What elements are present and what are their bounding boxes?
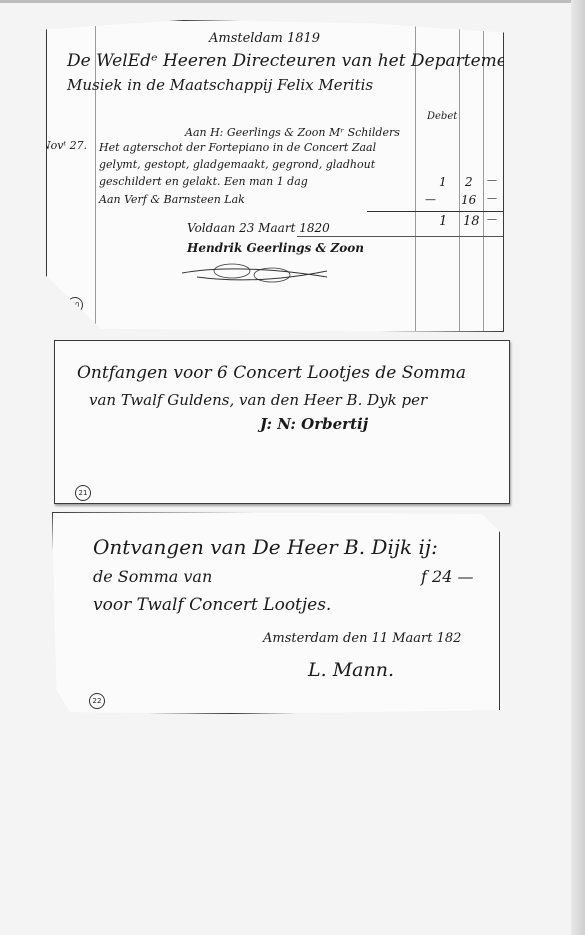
slip-number-badge: 22 [89, 693, 105, 709]
receipt-slip-20: Amsteldam 1819 De WelEdᵉ Heeren Directeu… [46, 20, 504, 332]
addressee-line-2: Musiek in de Maatschappij Felix Meritis [67, 76, 373, 94]
total-guilders: 1 [439, 214, 447, 229]
body-line-4: Aan Verf & Barnsteen Lak [99, 193, 245, 206]
signature: J: N: Orbertij [260, 415, 368, 433]
scan-top-border [0, 0, 585, 3]
body-line-3: geschildert en gelakt. Een man 1 dag [99, 175, 308, 188]
debet-label: Debet [427, 111, 457, 122]
receipt-line-3: voor Twalf Concert Lootjes. [93, 595, 331, 615]
creditor-line: Aan H: Geerlings & Zoon Mʳ Schilders [185, 126, 400, 139]
amount-1-guilders: 1 [439, 175, 447, 189]
receipt-line-1: Ontvangen van De Heer B. Dijk ij: [93, 535, 438, 559]
amount-2-stuivers: 16 [461, 193, 476, 207]
body-line-2: gelymt, gestopt, gladgemaakt, gegrond, g… [99, 158, 375, 171]
scan-page-edge [571, 0, 585, 935]
total-penning: — [487, 214, 497, 225]
date-margin: Novᵗ 27. [41, 139, 87, 152]
total-rule [367, 211, 503, 212]
slip-number-badge: 20 [67, 297, 83, 313]
receipt-line-2: van Twalf Guldens, van den Heer B. Dyk p… [89, 391, 427, 409]
receipt-line-2: de Somma van [93, 567, 212, 586]
receipt-amount: f 24 — [421, 567, 473, 586]
amount-2-penning: — [487, 193, 497, 204]
paid-line: Voldaan 23 Maart 1820 [187, 221, 330, 235]
receipt-slip-21: Ontfangen voor 6 Concert Lootjes de Somm… [54, 340, 510, 504]
signature-flourish-icon [177, 255, 337, 285]
amount-2-guilders: — [425, 193, 436, 206]
total-underline [297, 236, 503, 237]
amount-1-stuivers: 2 [465, 175, 473, 189]
addressee-line-1: De WelEdᵉ Heeren Directeuren van het Dep… [67, 51, 525, 71]
receipt-slip-22: Ontvangen van De Heer B. Dijk ij: de Som… [52, 512, 500, 714]
signature: Hendrik Geerlings & Zoon [187, 241, 364, 255]
place-date: Amsterdam den 11 Maart 182 [263, 631, 461, 646]
signature: L. Mann. [308, 659, 394, 681]
body-line-1: Het agterschot der Fortepiano in de Conc… [99, 141, 376, 154]
slip-heading: Amsteldam 1819 [209, 31, 320, 46]
slip-number-badge: 21 [75, 485, 91, 501]
amount-1-penning: — [487, 175, 497, 186]
total-stuivers: 18 [463, 214, 480, 229]
receipt-line-1: Ontfangen voor 6 Concert Lootjes de Somm… [77, 363, 466, 383]
